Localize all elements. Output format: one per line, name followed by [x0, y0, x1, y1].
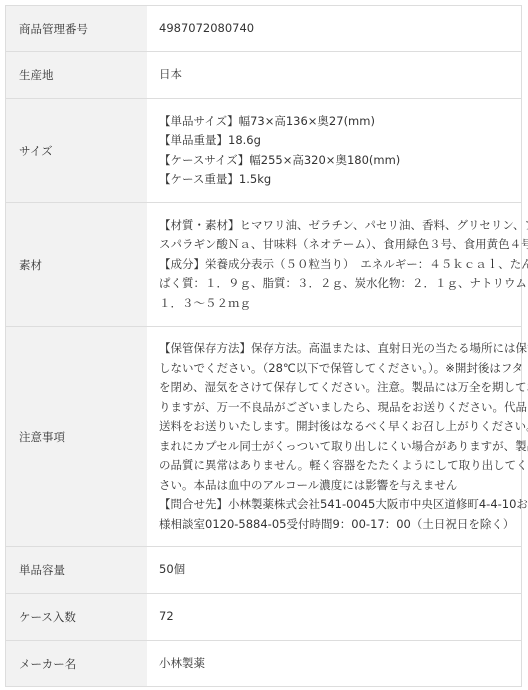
spec-line: 【単品サイズ】幅73×高136×奥27(mm) — [159, 112, 513, 132]
spec-line: しないでください。（28℃以下で保管してください。）。※開封後はフタ — [159, 359, 513, 379]
spec-line: 【ケースサイズ】幅255×高320×奥180(mm) — [159, 151, 513, 171]
spec-row-manufacturer: メーカー名 小林製薬 — [6, 641, 522, 687]
spec-value: 4987072080740 — [147, 6, 522, 52]
spec-line: 【成分】栄養成分表示（５０粒当り） エネルギー：４５ｋｃａｌ、たん — [159, 255, 513, 275]
spec-line: １．３～５２ｍｇ — [159, 294, 513, 314]
spec-line: 【単品重量】18.6g — [159, 131, 513, 151]
spec-value: 【材質・素材】ヒマワリ油、ゼラチン、パセリ油、香料、グリセリン、ア スパラギン酸… — [147, 203, 522, 327]
spec-line: を閉め、湿気をさけて保存してください。注意。製品には万全を期してお — [159, 378, 513, 398]
spec-line: 【材質・素材】ヒマワリ油、ゼラチン、パセリ油、香料、グリセリン、ア — [159, 216, 513, 236]
spec-label: メーカー名 — [6, 641, 148, 687]
spec-value: 【単品サイズ】幅73×高136×奥27(mm) 【単品重量】18.6g 【ケース… — [147, 99, 522, 203]
spec-label: 商品管理番号 — [6, 6, 148, 52]
spec-value: 72 — [147, 594, 522, 641]
spec-row-origin: 生産地 日本 — [6, 52, 522, 99]
spec-line: ぱく質：１．９ｇ、脂質：３．２ｇ、炭水化物：２．１ｇ、ナトリウム： — [159, 274, 513, 294]
spec-line: まれにカプセル同士がくっついて取り出しにくい場合がありますが、製品 — [159, 437, 513, 457]
spec-value: 50個 — [147, 547, 522, 594]
spec-line: 様相談室0120-5884-05受付時間9：00-17：00（土日祝日を除く） — [159, 515, 513, 535]
spec-line: 【保管保存方法】保存方法。高温または、直射日光の当たる場所には保管 — [159, 339, 513, 359]
spec-line: 【問合せ先】小林製薬株式会社541-0045大阪市中央区道修町4-4-10お客 — [159, 495, 513, 515]
spec-row-product-code: 商品管理番号 4987072080740 — [6, 6, 522, 52]
spec-row-case-quantity: ケース入数 72 — [6, 594, 522, 641]
spec-label: ケース入数 — [6, 594, 148, 641]
spec-line: 【ケース重量】1.5kg — [159, 170, 513, 190]
spec-line: の品質に異常はありません。軽く容器をたたくようにして取り出してくだ — [159, 456, 513, 476]
spec-value: 日本 — [147, 52, 522, 99]
spec-line: りますが、万一不良品がございましたら、現品をお送りください。代品と — [159, 398, 513, 418]
spec-row-size: サイズ 【単品サイズ】幅73×高136×奥27(mm) 【単品重量】18.6g … — [6, 99, 522, 203]
spec-line: スパラギン酸Ｎａ、甘味料（ネオテーム）、食用緑色３号、食用黄色４号 — [159, 235, 513, 255]
spec-row-notes: 注意事項 【保管保存方法】保存方法。高温または、直射日光の当たる場所には保管 し… — [6, 327, 522, 547]
spec-line: さい。本品は血中のアルコール濃度には影響を与えません — [159, 476, 513, 496]
spec-label: 注意事項 — [6, 327, 148, 547]
spec-label: サイズ — [6, 99, 148, 203]
spec-value: 【保管保存方法】保存方法。高温または、直射日光の当たる場所には保管 しないでくだ… — [147, 327, 522, 547]
spec-row-material: 素材 【材質・素材】ヒマワリ油、ゼラチン、パセリ油、香料、グリセリン、ア スパラ… — [6, 203, 522, 327]
spec-line: 送料をお送りいたします。開封後はなるべく早くお召し上がりください。 — [159, 417, 513, 437]
product-spec-table: 商品管理番号 4987072080740 生産地 日本 サイズ 【単品サイズ】幅… — [5, 5, 522, 687]
spec-row-unit-capacity: 単品容量 50個 — [6, 547, 522, 594]
spec-label: 素材 — [6, 203, 148, 327]
spec-value: 小林製薬 — [147, 641, 522, 687]
spec-label: 単品容量 — [6, 547, 148, 594]
spec-label: 生産地 — [6, 52, 148, 99]
